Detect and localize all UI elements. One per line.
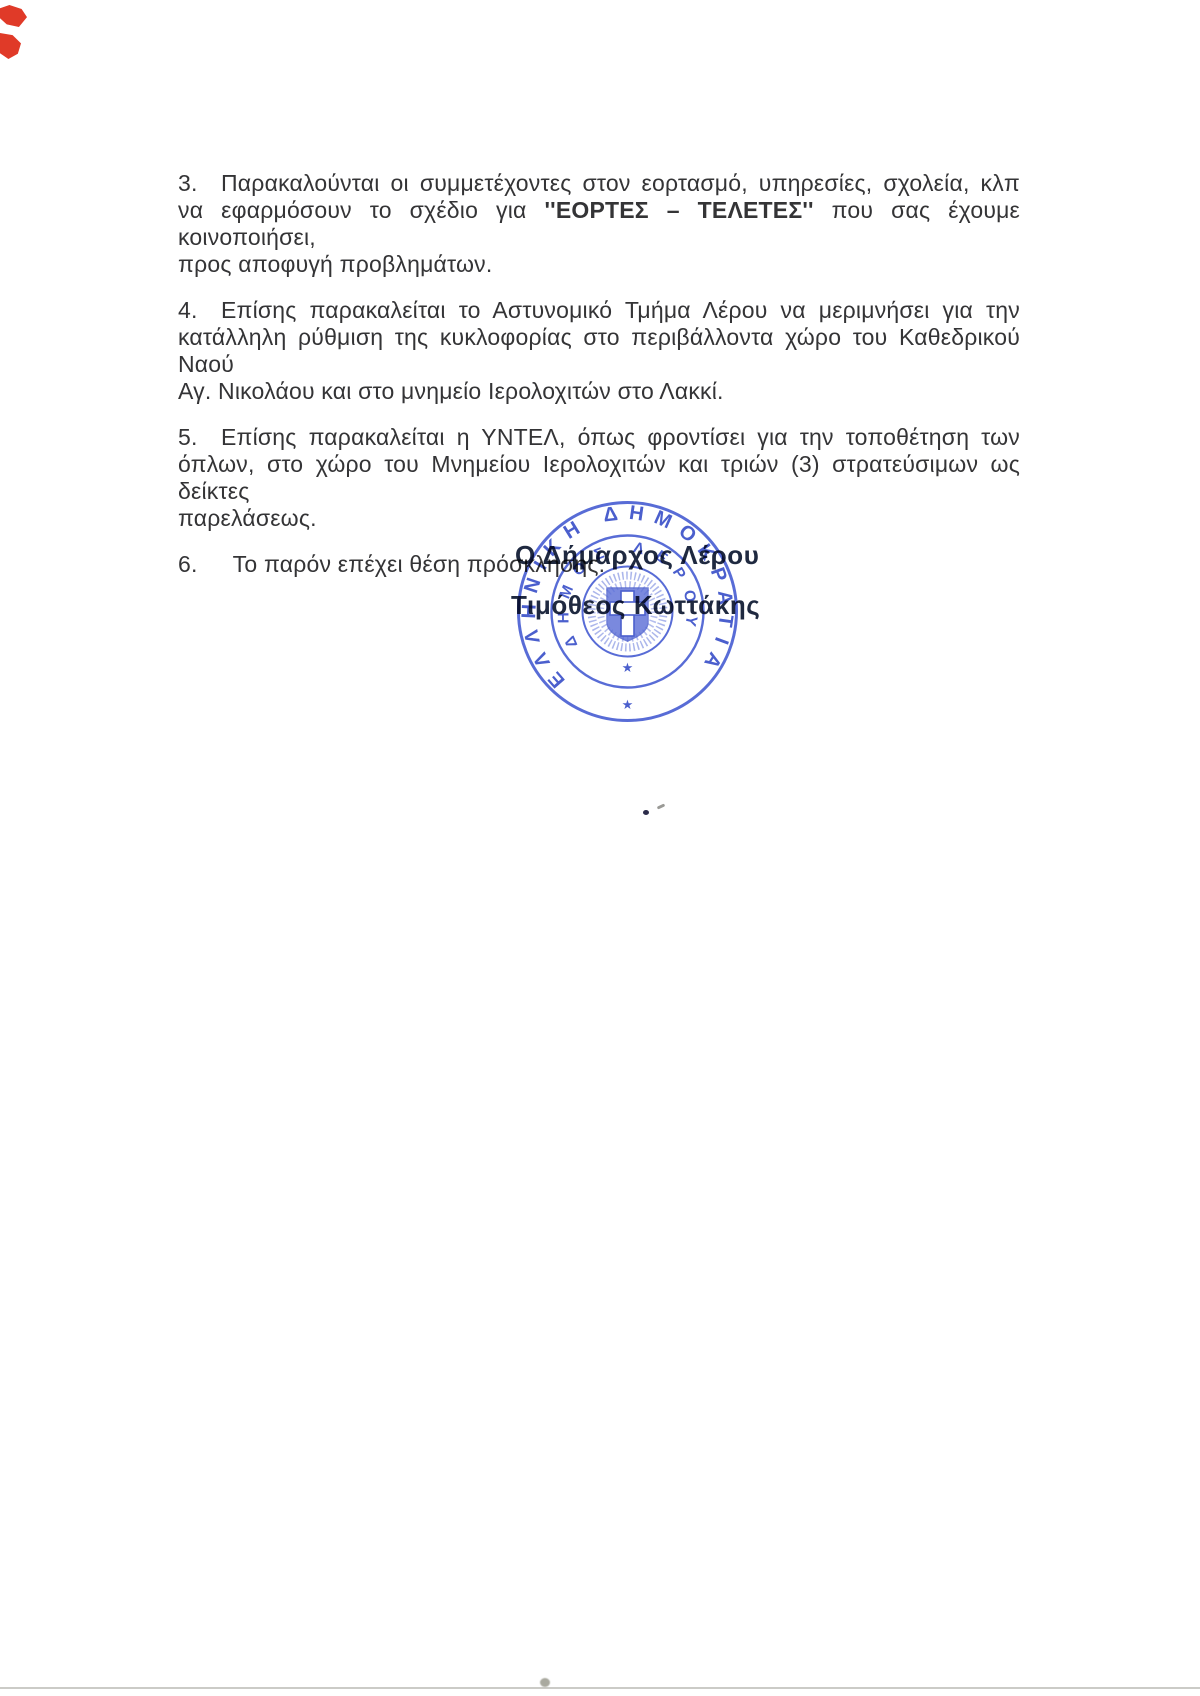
text-segment: κατάλληλη ρύθμιση της κυκλοφορίας στο πε… (178, 324, 1020, 377)
stamp-outer-star-icon: ★ (622, 697, 634, 712)
text-line: 5. Επίσης παρακαλείται η ΥΝΤΕΛ, όπως φρο… (178, 424, 1020, 451)
stamp-inner-star-icon: ★ (622, 660, 634, 675)
signature-name: Τιμόθεος Κωττάκης (511, 590, 760, 621)
text-segment: 3. Παρακαλούνται οι συμμετέχοντες στον ε… (178, 170, 1020, 196)
text-line: 4. Επίσης παρακαλείται το Αστυνομικό Τμή… (178, 297, 1020, 324)
text-line: κατάλληλη ρύθμιση της κυκλοφορίας στο πε… (178, 324, 1020, 378)
text-segment: να εφαρμόσουν το σχέδιο για (178, 197, 544, 223)
text-line: 3. Παρακαλούνται οι συμμετέχοντες στον ε… (178, 170, 1020, 197)
text-segment: παρελάσεως. (178, 505, 317, 531)
paragraph-item-3: 3. Παρακαλούνται οι συμμετέχοντες στον ε… (178, 170, 1020, 278)
scan-artifact-tick (657, 803, 666, 809)
bold-text-segment: ''ΕΟΡΤΕΣ – ΤΕΛΕΤΕΣ'' (544, 197, 813, 223)
paragraph-item-4: 4. Επίσης παρακαλείται το Αστυνομικό Τμή… (178, 297, 1020, 405)
text-segment: Αγ. Νικολάου και στο μνημείο Ιερολοχιτών… (178, 378, 724, 404)
text-segment: προς αποφυγή προβλημάτων. (178, 251, 492, 277)
scan-artifact-bottom-dot (540, 1678, 550, 1687)
text-segment: 5. Επίσης παρακαλείται η ΥΝΤΕΛ, όπως φρο… (178, 424, 1020, 450)
text-line: προς αποφυγή προβλημάτων. (178, 251, 1020, 278)
scan-edge-line (0, 1687, 1200, 1689)
text-segment: 4. Επίσης παρακαλείται το Αστυνομικό Τμή… (178, 297, 1020, 323)
scan-artifact-dot (643, 810, 649, 815)
text-line: Αγ. Νικολάου και στο μνημείο Ιερολοχιτών… (178, 378, 1020, 405)
scan-artifact-red-mark (0, 5, 27, 27)
text-line: να εφαρμόσουν το σχέδιο για ''ΕΟΡΤΕΣ – Τ… (178, 197, 1020, 251)
scanned-document-page: 3. Παρακαλούνται οι συμμετέχοντες στον ε… (0, 0, 1200, 1696)
scan-artifact-red-mark (0, 33, 21, 59)
signature-title: Ο Δήμαρχος Λέρου (515, 540, 760, 571)
